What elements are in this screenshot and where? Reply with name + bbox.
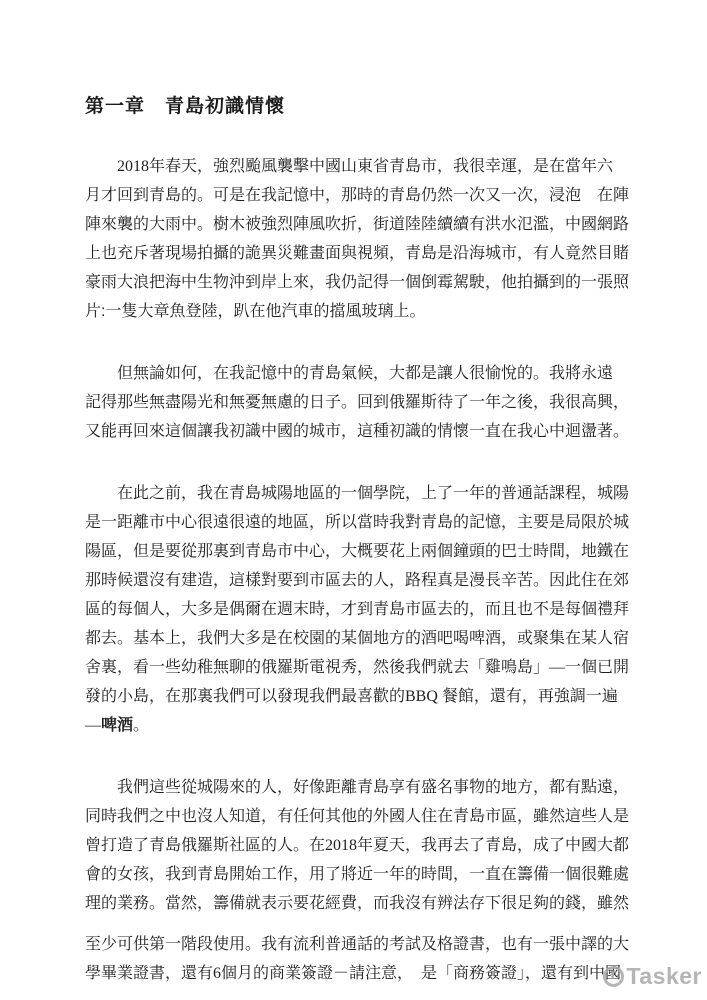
text-line: 發的小島，在那裏我們可以發現我們最喜歡的BBQ 餐館，還有，再強調一遍	[85, 682, 633, 711]
text-line: 那時候還沒有建造，這樣對要到市區去的人，路程真是漫長辛苦。因此住在郊	[85, 566, 633, 595]
text-line: 又能再回來這個讓我初識中國的城市，這種初識的情懷一直在我心中迴盪著。	[85, 417, 633, 446]
text-line: 會的女孩，我到青島開始工作，用了將近一年的時間，一直在籌備一個很難處	[85, 860, 633, 889]
tasker-watermark: T Tasker	[603, 963, 702, 990]
text-line: 2018年春天，強烈颱風襲擊中國山東省青島市，我很幸運，是在當年六	[85, 152, 633, 181]
paragraph-4: 我們這些從城陽來的人，好像距離青島享有盛名事物的地方，都有點遠， 同時我們之中也…	[85, 773, 633, 988]
text-segment: 理的業務。當然，籌備就表示要花經費，而我沒有辨法存下很足	[85, 895, 533, 912]
text-line: 月才回到青島的。可是在我記憶中，那時的青島仍然一次又一次，浸泡 在陣	[85, 181, 633, 210]
text-line: 理的業務。當然，籌備就表示要花經費，而我沒有辨法存下很足夠的錢，雖然	[85, 889, 633, 918]
text-line: 豪雨大浪把海中生物沖到岸上來，我仍記得一個倒霉駕駛，他拍攝到的一張照	[85, 268, 633, 297]
paragraph-2: 但無論如何，在我記憶中的青島氣候，大都是讓人很愉悅的。我將永遠 記得那些無盡陽光…	[85, 359, 633, 446]
text-segment: 考試及格證書，也有一張中譯的大	[389, 936, 629, 953]
paragraph-1: 2018年春天，強烈颱風襲擊中國山東省青島市，我很幸運，是在當年六 月才回到青島…	[85, 152, 633, 326]
text-line: 但無論如何，在我記憶中的青島氣候，大都是讓人很愉悅的。我將永遠	[85, 359, 633, 388]
paragraph-3: 在此之前，我在青島城陽地區的一個學院，上了一年的普通話課程，城陽 是一距離市中心…	[85, 479, 633, 740]
text-line: —啤酒。	[85, 711, 633, 740]
text-segment-sans: 至少可供第一階段使用。我有流利普通話的	[85, 936, 389, 953]
text-line: 我們這些從城陽來的人，好像距離青島享有盛名事物的地方，都有點遠，	[85, 773, 633, 802]
tasker-logo-icon: T	[603, 966, 624, 987]
emphasized-word: 啤酒	[101, 717, 133, 734]
text-line: 舍裏，看一些幼稚無聊的俄羅斯電視秀，然後我們就去「雞鳴島」—一個已開	[85, 653, 633, 682]
watermark-text: Tasker	[627, 963, 702, 990]
text-line: 片:一隻大章魚登陸，趴在他汽車的擋風玻璃上。	[85, 297, 633, 326]
period: 。	[133, 717, 149, 734]
text-line: 是一距離市中心很遠很遠的地區，所以當時我對青島的記憶，主要是局限於城	[85, 508, 633, 537]
text-line: 至少可供第一階段使用。我有流利普通話的考試及格證書，也有一張中譯的大	[85, 930, 633, 959]
text-line: 曾打造了青島俄羅斯社區的人。在2018年夏天，我再去了青島，成了中國大都	[85, 831, 633, 860]
text-line: 在此之前，我在青島城陽地區的一個學院，上了一年的普通話課程，城陽	[85, 479, 633, 508]
text-line: 記得那些無盡陽光和無憂無慮的日子。回到俄羅斯待了一年之後，我很高興，	[85, 388, 633, 417]
dash: —	[85, 717, 101, 734]
document-page: 第一章 青島初識情懷 2018年春天，強烈颱風襲擊中國山東省青島市，我很幸運，是…	[85, 94, 633, 988]
text-segment-sans: 夠的錢，雖然	[533, 895, 629, 912]
text-line: 上也充斥著現場拍攝的詭異災難畫面與視頻，青島是沿海城市，有人竟然目賭	[85, 239, 633, 268]
text-line: 陽區，但是要從那裏到青島市中心，大概要花上兩個鐘頭的巴士時間，地鐵在	[85, 537, 633, 566]
chapter-title: 第一章 青島初識情懷	[85, 94, 633, 120]
text-line: 同時我們之中也沒人知道，有任何其他的外國人住在青島市區，雖然這些人是	[85, 802, 633, 831]
text-line: 學畢業證書，還有6個月的商業簽證－請注意， 是「商務簽證」，還有到中國	[85, 959, 633, 988]
text-line: 都去。基本上，我們大多是在校園的某個地方的酒吧喝啤酒，或聚集在某人宿	[85, 624, 633, 653]
text-line: 陣來襲的大雨中。樹木被強烈陣風吹折，街道陸陸續續有洪水氾濫，中國網路	[85, 210, 633, 239]
text-line: 區的每個人，大多是偶爾在週末時，才到青島市區去的，而且也不是每個禮拜	[85, 595, 633, 624]
